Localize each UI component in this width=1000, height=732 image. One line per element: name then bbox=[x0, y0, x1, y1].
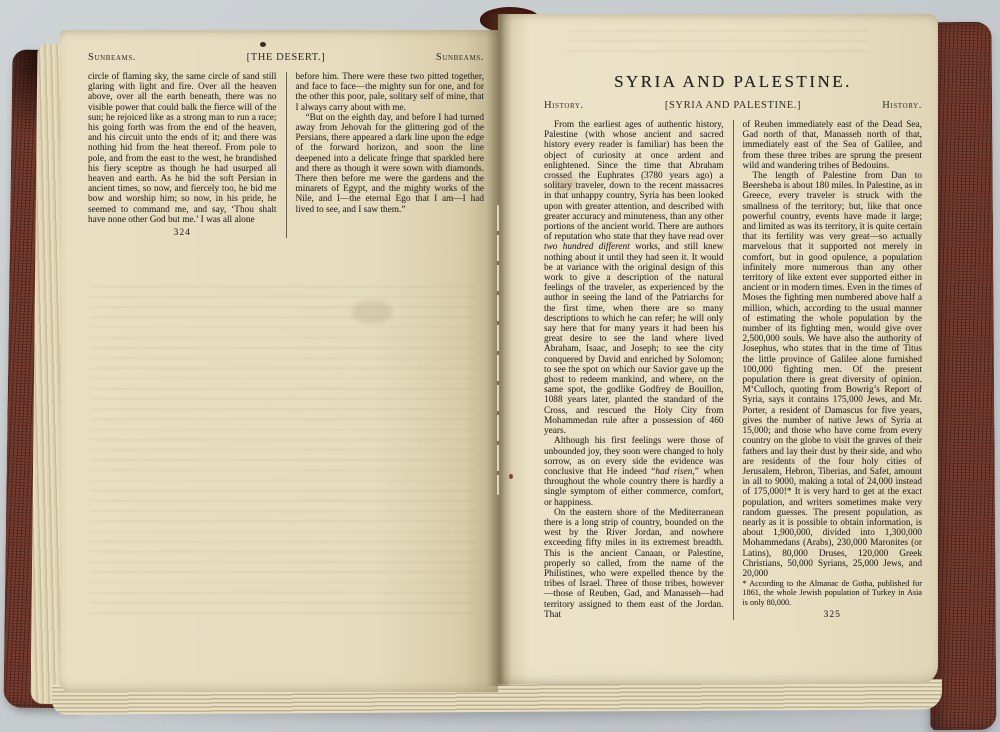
page-number-325: 325 bbox=[743, 610, 923, 620]
ink-speck bbox=[260, 42, 266, 47]
paragraph: before him. There were these two pitted … bbox=[296, 72, 485, 113]
footnote: * According to the Almanac de Gotha, pub… bbox=[743, 579, 923, 607]
right-running-head: History. [SYRIA AND PALESTINE.] History. bbox=[544, 100, 922, 111]
left-column-2: before him. There were these two pitted … bbox=[286, 72, 485, 238]
show-through-header-ghost bbox=[568, 30, 868, 60]
running-head-right: Sunbeams. bbox=[436, 52, 484, 63]
left-running-head: Sunbeams. [THE DESERT.] Sunbeams. bbox=[88, 52, 484, 63]
page-number-324: 324 bbox=[88, 228, 277, 238]
right-page-columns: From the earliest ages of authentic hist… bbox=[544, 120, 922, 620]
paragraph: The length of Palestine from Dan to Beer… bbox=[743, 171, 923, 579]
foxing-stain bbox=[352, 300, 392, 324]
italic-phrase: had risen bbox=[655, 467, 692, 477]
article-title: SYRIA AND PALESTINE. bbox=[544, 72, 922, 92]
foxing-stain bbox=[552, 176, 578, 192]
paragraph: On the eastern shore of the Mediterranea… bbox=[544, 508, 724, 620]
running-head-center: [SYRIA AND PALESTINE.] bbox=[665, 100, 801, 111]
right-column-2: of Reuben immediately east of the Dead S… bbox=[733, 120, 923, 620]
right-column-1: From the earliest ages of authentic hist… bbox=[544, 120, 724, 620]
paragraph: circle of flaming sky, the same circle o… bbox=[88, 72, 277, 225]
show-through-text-ghost bbox=[90, 286, 476, 622]
left-page: Sunbeams. [THE DESERT.] Sunbeams. circle… bbox=[60, 30, 498, 692]
paragraph: Although his first feelings were those o… bbox=[544, 436, 724, 507]
paragraph: From the earliest ages of authentic hist… bbox=[544, 120, 724, 436]
running-head-center: [THE DESERT.] bbox=[247, 52, 326, 63]
red-speck bbox=[509, 474, 513, 479]
running-head-right: History. bbox=[882, 100, 922, 111]
italic-phrase: two hundred different bbox=[544, 242, 630, 252]
paragraph: of Reuben immediately east of the Dead S… bbox=[743, 120, 923, 171]
running-head-left: Sunbeams. bbox=[88, 52, 136, 63]
text-segment: works, and still knew nothing about it u… bbox=[544, 242, 724, 436]
running-head-left: History. bbox=[544, 100, 584, 111]
left-column-1: circle of flaming sky, the same circle o… bbox=[88, 72, 277, 238]
paragraph: “But on the eighth day, and before I had… bbox=[296, 113, 485, 215]
left-page-columns: circle of flaming sky, the same circle o… bbox=[88, 72, 484, 238]
right-page: SYRIA AND PALESTINE. History. [SYRIA AND… bbox=[498, 14, 938, 684]
